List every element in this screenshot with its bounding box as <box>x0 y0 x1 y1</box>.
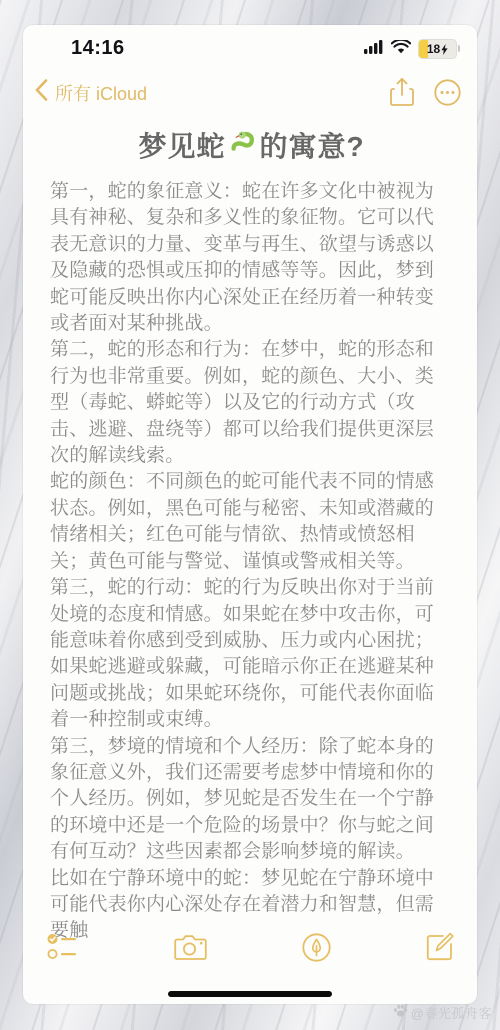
status-bar: 14:16 <box>23 37 477 61</box>
note-body[interactable]: 梦见蛇 的寓意? 第一，蛇的象征意义：蛇在许多文化中被视为具有神秘、复杂和多义性… <box>50 125 453 945</box>
back-button-label: 所有 iCloud <box>55 80 147 106</box>
checklist-icon[interactable] <box>47 933 80 961</box>
note-paragraph: 第二，蛇的形态和行为：在梦中，蛇的形态和行为也非常重要。例如，蛇的颜色、大小、类… <box>50 337 453 469</box>
note-paragraph: 第三，蛇的行动：蛇的行为反映出你对于当前处境的态度和情感。如果蛇在梦中攻击你，可… <box>50 575 453 733</box>
bottom-toolbar <box>47 930 455 964</box>
share-icon[interactable] <box>390 77 414 107</box>
clock: 14:16 <box>71 37 125 60</box>
nav-bar: 所有 iCloud <box>23 75 477 113</box>
watermark-text: @春光孤舟客 <box>411 1003 492 1022</box>
ellipsis-circle-icon[interactable] <box>434 79 461 106</box>
compose-icon[interactable] <box>425 932 455 962</box>
camera-icon[interactable] <box>174 934 207 961</box>
status-bar-right: 18 <box>364 39 457 59</box>
battery-percent: 18 <box>427 41 440 57</box>
markup-icon[interactable] <box>302 933 331 962</box>
home-indicator[interactable] <box>168 991 332 997</box>
paw-icon <box>393 1004 408 1021</box>
watermark: @春光孤舟客 <box>393 1003 492 1022</box>
back-button[interactable]: 所有 iCloud <box>35 79 147 106</box>
cellular-signal-icon <box>364 40 384 59</box>
note-title-suffix: 的寓意? <box>259 125 364 165</box>
note-paragraph: 第一，蛇的象征意义：蛇在许多文化中被视为具有神秘、复杂和多义性的象征物。它可以代… <box>50 179 453 337</box>
battery-charging-icon: 18 <box>418 39 457 59</box>
marble-background: 14:16 <box>0 0 500 1030</box>
notes-app-screenshot: 14:16 <box>23 25 477 1004</box>
note-text: 第一，蛇的象征意义：蛇在许多文化中被视为具有神秘、复杂和多义性的象征物。它可以代… <box>50 179 453 945</box>
nav-actions <box>390 77 461 107</box>
charging-bolt-icon <box>441 44 448 55</box>
note-paragraph: 第三，梦境的情境和个人经历：除了蛇本身的象征意义外，我们还需要考虑梦中情境和你的… <box>50 734 453 866</box>
note-title-prefix: 梦见蛇 <box>138 125 225 165</box>
wifi-icon <box>391 40 411 59</box>
note-paragraph: 蛇的颜色：不同颜色的蛇可能代表不同的情感状态。例如，黑色可能与秘密、未知或潜藏的… <box>50 469 453 575</box>
note-title: 梦见蛇 的寓意? <box>50 125 453 165</box>
snake-emoji-icon <box>227 127 257 164</box>
chevron-left-icon <box>35 79 48 106</box>
